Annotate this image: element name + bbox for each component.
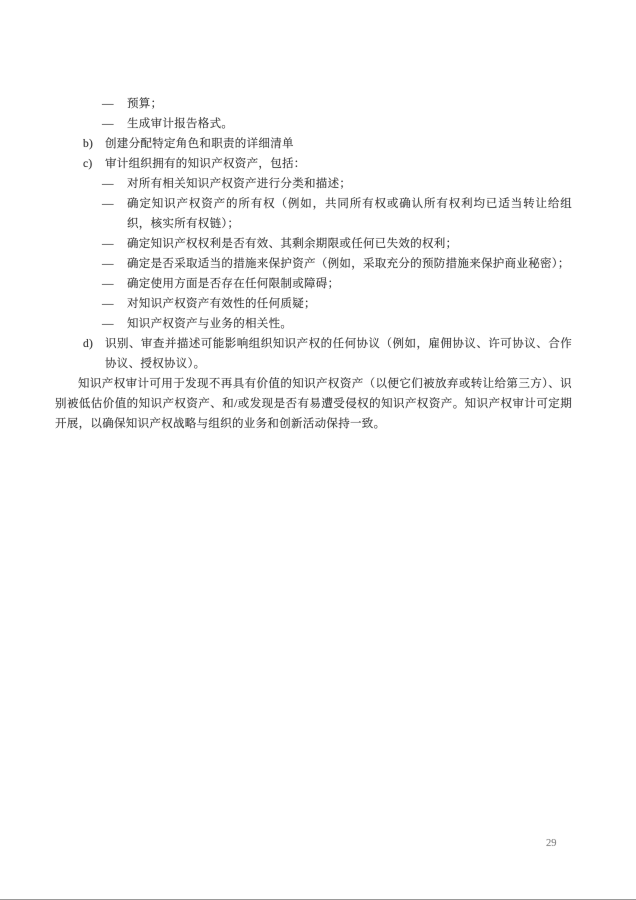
dash-marker: —	[102, 174, 127, 194]
letter-marker: c)	[83, 154, 105, 174]
dash-marker: —	[102, 314, 127, 334]
list-item-c: c) 审计组织拥有的知识产权资产，包括：	[55, 154, 572, 174]
list-item-text: 对所有相关知识产权资产进行分类和描述；	[127, 174, 572, 194]
letter-marker: b)	[83, 134, 105, 154]
dash-marker: —	[102, 254, 127, 274]
list-item: — 确定是否采取适当的措施来保护资产（例如，采取充分的预防措施来保护商业秘密）；	[55, 254, 572, 274]
list-item-text: 确定知识产权资产的所有权（例如，共同所有权或确认所有权利均已适当转让给组织，核实…	[127, 194, 572, 234]
list-item: — 确定知识产权资产的所有权（例如，共同所有权或确认所有权利均已适当转让给组织，…	[55, 194, 572, 234]
list-item: — 生成审计报告格式。	[55, 114, 572, 134]
list-item-text: 确定是否采取适当的措施来保护资产（例如，采取充分的预防措施来保护商业秘密）；	[127, 254, 572, 274]
list-item: — 确定使用方面是否存在任何限制或障碍；	[55, 274, 572, 294]
list-item-text: 生成审计报告格式。	[127, 114, 572, 134]
list-item: — 预算；	[55, 94, 572, 114]
list-item-text: 确定使用方面是否存在任何限制或障碍；	[127, 274, 572, 294]
list-item: — 确定知识产权权利是否有效、其剩余期限或任何已失效的权利；	[55, 234, 572, 254]
list-item-text: 对知识产权资产有效性的任何质疑；	[127, 294, 572, 314]
dash-marker: —	[102, 294, 127, 314]
list-item-text: 知识产权资产与业务的相关性。	[127, 314, 572, 334]
page-content: — 预算； — 生成审计报告格式。 b) 创建分配特定角色和职责的详细清单 c)…	[55, 94, 572, 434]
dash-marker: —	[102, 194, 127, 214]
dash-marker: —	[102, 114, 127, 134]
dash-marker: —	[102, 94, 127, 114]
list-item-d: d) 识别、审查并描述可能影响组织知识产权的任何协议（例如，雇佣协议、许可协议、…	[55, 334, 572, 374]
list-item-text: 审计组织拥有的知识产权资产，包括：	[105, 154, 572, 174]
document-page: — 预算； — 生成审计报告格式。 b) 创建分配特定角色和职责的详细清单 c)…	[0, 0, 636, 900]
list-item: — 知识产权资产与业务的相关性。	[55, 314, 572, 334]
letter-marker: d)	[83, 334, 105, 354]
closing-paragraph: 知识产权审计可用于发现不再具有价值的知识产权资产（以便它们被放弃或转让给第三方）…	[55, 374, 572, 434]
list-item: — 对知识产权资产有效性的任何质疑；	[55, 294, 572, 314]
list-item-text: 确定知识产权权利是否有效、其剩余期限或任何已失效的权利；	[127, 234, 572, 254]
list-item-text: 预算；	[127, 94, 572, 114]
dash-marker: —	[102, 274, 127, 294]
list-item-text: 识别、审查并描述可能影响组织知识产权的任何协议（例如，雇佣协议、许可协议、合作协…	[105, 334, 572, 374]
list-item-b: b) 创建分配特定角色和职责的详细清单	[55, 134, 572, 154]
list-item-text: 创建分配特定角色和职责的详细清单	[105, 134, 572, 154]
list-item: — 对所有相关知识产权资产进行分类和描述；	[55, 174, 572, 194]
dash-marker: —	[102, 234, 127, 254]
page-number: 29	[546, 837, 557, 851]
